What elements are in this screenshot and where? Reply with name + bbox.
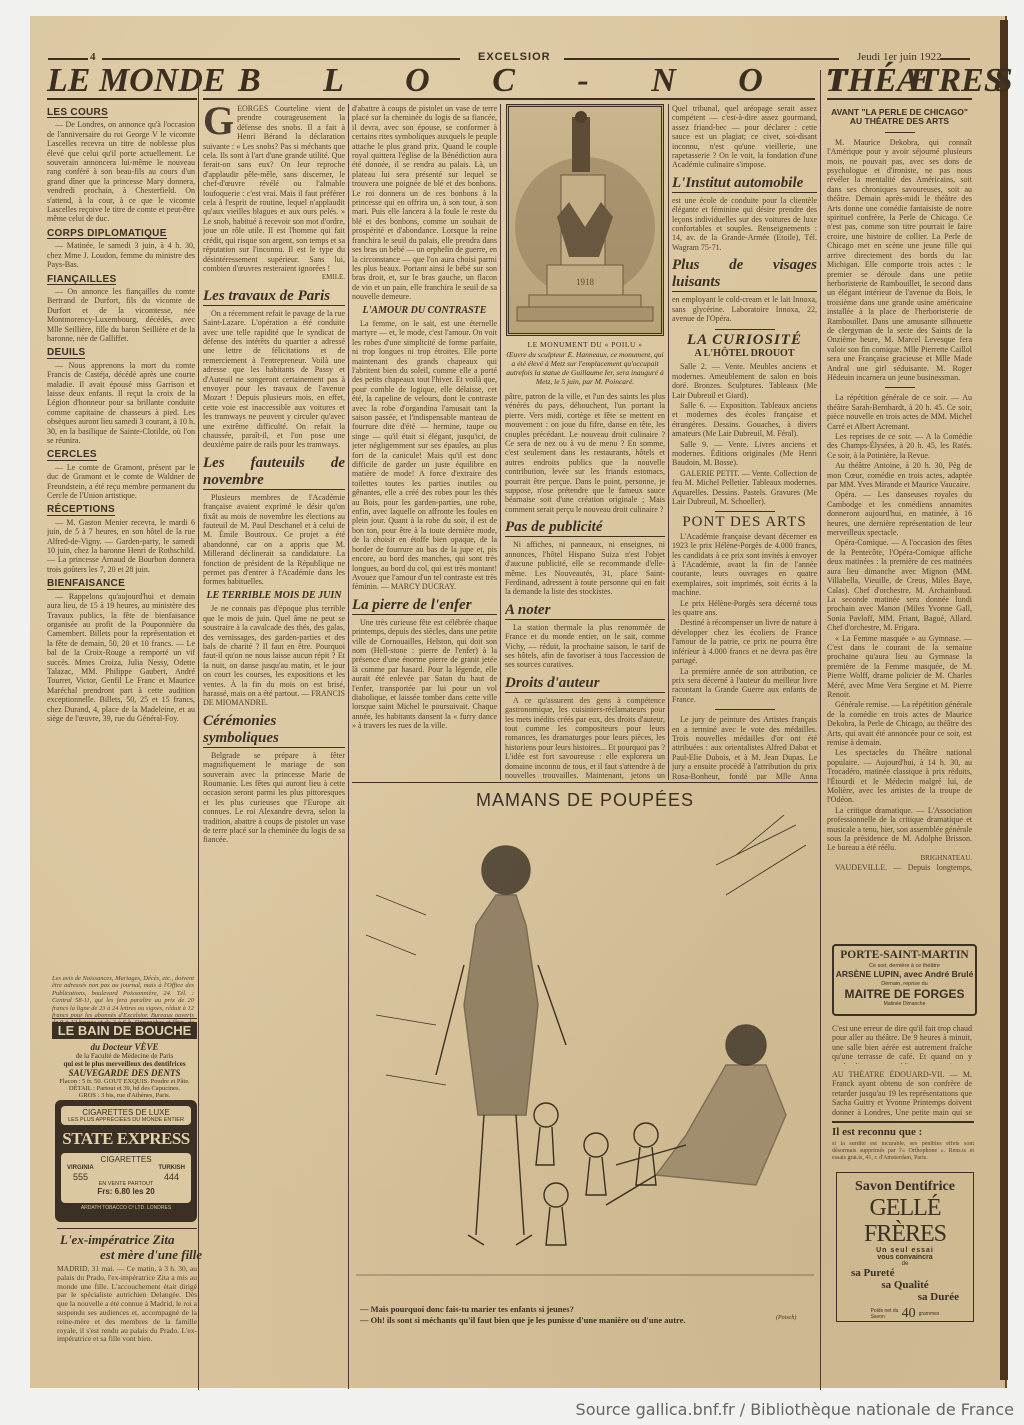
ad-line: Poids net du Savon: [871, 1308, 899, 1320]
edouard-vii-notice: AU THÉATRE ÉDOUARD-VII. — M. Franck ayan…: [832, 1070, 972, 1116]
article-text: — Nous apprenons la mort du comte Franci…: [47, 361, 195, 446]
heading-pont-des-arts: PONT DES ARTS: [672, 518, 817, 527]
ad-state-express: CIGARETTES DE LUXE LES PLUS APPRÉCIÉES D…: [55, 1100, 197, 1222]
notices-info: Les avis de Naissances, Mariages, Décès,…: [52, 975, 194, 1023]
header-rule: [102, 58, 460, 60]
heading-a-noter: A noter: [505, 602, 665, 620]
heading-droits-d-auteur: Droits d'auteur: [505, 675, 665, 693]
heading-fauteuils-novembre: Les fauteuils de novembre: [203, 455, 345, 490]
header-rule: [564, 58, 839, 60]
heading-pas-de-publicite: Pas de publicité: [505, 519, 665, 537]
signature: EMILE.: [203, 273, 345, 282]
athenee-notice: C'est une erreur de dire qu'il fait trop…: [832, 1024, 972, 1064]
heading-ceremonies-symboliques: Cérémonies symboliques: [203, 713, 345, 748]
source-footer: Source gallica.bnf.fr / Bibliothèque nat…: [0, 1400, 1024, 1425]
orthophone-text: si la surdité est incurable, ses pénible…: [832, 1141, 974, 1165]
cartoon-title: MAMANS DE POUPÉES: [352, 790, 818, 811]
zita-title-2: est mère d'une fille: [100, 1247, 202, 1263]
bloc-notes-column-2: d'abattre à coups de pistolet un vase de…: [352, 104, 497, 780]
theatre-item: Les reprises de ce soir. — A la Comédie …: [827, 432, 972, 460]
ad-line: TURKISH: [158, 1165, 185, 1171]
article-text: On a récemment refait le pavage de la ru…: [203, 309, 345, 450]
heading-cercles: CERCLES: [47, 450, 97, 460]
theatre-item: Opéra. — Les danseuses royales du Cambod…: [827, 490, 972, 537]
orthophone-title: Il est reconnu que :: [832, 1126, 922, 1138]
theatre-item: Les spectacles du Théâtre national popul…: [827, 748, 972, 804]
ad-line: vous convaincra: [837, 1254, 973, 1261]
divider: [57, 1228, 197, 1229]
header-rule: [940, 58, 970, 60]
ad-line: SAUVEGARDE DES DENTS: [52, 1068, 197, 1078]
article-text: Plusieurs membres de l'Académie français…: [203, 493, 345, 587]
heading-amour-du-contraste: L'AMOUR DU CONTRASTE: [352, 306, 497, 315]
ad-brand: GELLÉ FRÈRES: [837, 1195, 973, 1247]
column-rule: [668, 104, 669, 780]
column-rule: [348, 104, 349, 1389]
heading-la-curiosite: LA CURIOSITÉ: [672, 336, 817, 345]
ad-bain-de-bouche: LE BAIN DE BOUCHE du Docteur VÈVE de la …: [52, 1022, 197, 1098]
ad-price: Frs: 6.80 les 20: [61, 1187, 191, 1196]
cartoon-caption-line-2: — Oh! ils sont si méchants qu'il faut bi…: [360, 1315, 686, 1325]
ad-line: CIGARETTES DE LUXE: [61, 1108, 191, 1117]
ad-title: LE BAIN DE BOUCHE: [52, 1022, 197, 1039]
article-text: Belgrade se prépare à fêter magnifiqueme…: [203, 751, 345, 845]
ad-line: Un seul essai: [837, 1247, 973, 1254]
ad-gelle-freres: Savon Dentifrice GELLÉ FRÈRES Un seul es…: [836, 1172, 974, 1322]
heading-visages-luisants: Plus de visages luisants: [672, 257, 817, 292]
column-rule: [500, 104, 501, 780]
article-text: — Matinée, le samedi 3 juin, à 4 h. 30, …: [47, 241, 195, 269]
pedestal-date: 1918: [576, 277, 595, 287]
heading-travaux-de-paris: Les travaux de Paris: [203, 288, 345, 306]
ad-brand: STATE EXPRESS: [57, 1129, 195, 1149]
ad-line: de la Faculté de Médecine de Paris: [52, 1052, 197, 1060]
article-text: — Le comte de Gramont, présent par le du…: [47, 463, 195, 501]
ad-line: ARSÈNE LUPIN, avec André Brulé: [834, 969, 975, 979]
article-text: — Rappelons qu'aujourd'hui et demain aur…: [47, 592, 195, 724]
article-text: Je ne connais pas d'époque plus terrible…: [203, 604, 345, 707]
divider: [52, 1018, 197, 1019]
theatre-item: Au théâtre Antoine, à 20 h. 30, Pèg de m…: [827, 461, 972, 489]
heading-bienfaisance: BIENFAISANCE: [47, 579, 125, 589]
heading-les-cours: LES COURS: [47, 108, 108, 118]
ad-weight: 40: [902, 1306, 916, 1322]
article-text: Une très curieuse fête est célébrée chaq…: [352, 618, 497, 731]
drop-cap: G: [203, 104, 234, 138]
ad-line: DÉTAIL : Partout et 39, bd des Capucines…: [52, 1085, 197, 1092]
article-text: Ni affiches, ni panneaux, ni enseignes, …: [505, 540, 665, 596]
heading-institut-automobile: L'Institut automobile: [672, 175, 817, 193]
divider: [715, 511, 775, 512]
theatre-item: VAUDEVILLE. — Depuis longtemps, une œuvr…: [827, 863, 972, 874]
article-text: d'abattre à coups de pistolet un vase de…: [352, 104, 497, 302]
heading-fiancailles: FIANÇAILLES: [47, 275, 116, 285]
signature: BRIGHNATEAU.: [827, 854, 972, 863]
article-text: est une école de conduite pour la client…: [672, 196, 817, 252]
ad-subtitle: du Docteur VÈVE: [52, 1042, 197, 1052]
title-underline: [203, 98, 815, 100]
divider: [715, 709, 775, 710]
ad-porte-saint-martin: PORTE-SAINT-MARTIN Ce soir, dernière à c…: [832, 944, 977, 1016]
article-text: Le prix Hélène-Porgès sera décerné tous …: [672, 599, 817, 618]
sale-item: GALERIE PETIT. — Vente. Collection de fe…: [672, 469, 817, 507]
cartoon-caption-line-1: — Mais pourquoi donc fais-tu marier tes …: [360, 1304, 574, 1314]
ad-line: CIGARETTES: [65, 1155, 187, 1164]
ad-line: Matinée Dimanche: [834, 1001, 975, 1007]
article-text: Le jury de peinture des Artistes françai…: [672, 715, 817, 780]
article-text: Quel tribunal, quel aréopage serait asse…: [672, 104, 817, 170]
bloc-notes-column-1: G EORGES Courteline vient de prendre cou…: [203, 104, 345, 1389]
ad-line: sa Qualité: [837, 1279, 973, 1291]
ad-line: qui est le plus merveilleux des dentifri…: [52, 1060, 197, 1068]
divider: [715, 329, 775, 330]
article-text: A ce qu'assurent des gens à compétence g…: [505, 696, 665, 780]
article-text: en employant le cold-cream et le lait In…: [672, 295, 817, 323]
ad-line: sa Durée: [837, 1291, 973, 1303]
theatre-item: Opéra-Comique. — A l'occasion des fêtes …: [827, 538, 972, 632]
bloc-notes-column-3: pâtre, patron de la ville, et l'un des s…: [505, 392, 665, 780]
page-binding-edge: [1000, 20, 1008, 1380]
zita-title-1: L'ex-impératrice Zita: [60, 1232, 174, 1248]
heading-terrible-mois-de-juin: LE TERRIBLE MOIS DE JUIN: [203, 591, 345, 600]
heading-deuils: DEUILS: [47, 348, 85, 358]
article-text: La station thermale la plus renommée de …: [505, 623, 665, 670]
source-credit: Source gallica.bnf.fr / Bibliothèque nat…: [576, 1400, 1014, 1419]
photo-caption: Œuvre du sculpteur E. Hanneaux, ce monum…: [506, 350, 664, 386]
theatre-item: Générale remise. — La répétition général…: [827, 700, 972, 747]
subheading-hotel-drouot: A L'HÔTEL DROUOT: [672, 349, 817, 358]
ad-line: Flacon : 5 fr. 50. GOUT EXQUIS. Poudre e…: [52, 1078, 197, 1085]
theatre-item: La critique dramatique. — L'Association …: [827, 806, 972, 853]
article-text: M. Maurice Dekobra, qui connaît l'Amériq…: [827, 138, 972, 383]
theatre-item: La répétition générale de ce soir. — Au …: [827, 393, 972, 431]
divider: [832, 1121, 974, 1123]
article-text: Destiné à récompenser un livre de nature…: [672, 618, 817, 665]
article-text: pâtre, patron de la ville, et l'un des s…: [505, 392, 665, 514]
column-rule: [820, 70, 821, 1390]
ad-line: sa Pureté: [837, 1267, 973, 1279]
divider: [885, 387, 915, 388]
sale-item: Salle 9. — Vente. Livres anciens et mode…: [672, 440, 817, 468]
bloc-notes-column-4: Quel tribunal, quel aréopage serait asse…: [672, 104, 817, 780]
monument-photo: 1918: [506, 104, 664, 336]
theatres-column: AVANT "LA PERLE DE CHICAGO" AU THÉATRE D…: [827, 104, 972, 874]
ad-line: LES PLUS APPRÉCIÉES DU MONDE ENTIER: [61, 1117, 191, 1123]
monument-illustration: 1918: [509, 107, 661, 333]
ad-title: PORTE-SAINT-MARTIN: [834, 949, 975, 961]
sale-item: Salle 2. — Vente. Meubles anciens et mod…: [672, 362, 817, 400]
column-rule: [198, 70, 199, 1390]
cartoon-credit: (Poisch): [776, 1315, 796, 1321]
section-title-theatres: THÉATRES: [827, 62, 1003, 100]
header-rule-left: [48, 58, 88, 60]
photo-caption-title: LE MONUMENT DU « POILU »: [506, 340, 664, 349]
title-underline: [827, 98, 972, 100]
ad-line: GROS : 3 bis, rue d'Athènes, Paris.: [52, 1092, 197, 1099]
article-text: — On annonce les fiançailles du comte Be…: [47, 287, 195, 343]
ad-line: Savon Dentifrice: [837, 1179, 973, 1195]
theatre-item: « La Femme masquée » au Gymnase. — C'est…: [827, 634, 972, 700]
article-text: L'Académie française devant décerner en …: [672, 532, 817, 598]
ad-line: MAITRE DE FORGES: [834, 987, 975, 1001]
le-monde-column: LES COURS — De Londres, on annonce qu'à …: [47, 104, 195, 774]
divider: [885, 132, 915, 133]
zita-article: MADRID, 31 mai. — Ce matin, à 3 h. 30, a…: [57, 1265, 197, 1355]
article-text: — De Londres, on annonce qu'à l'occasion…: [47, 120, 195, 223]
article-text: La femme, on le sait, est une éternelle …: [352, 319, 497, 592]
heading-receptions: RÉCEPTIONS: [47, 505, 115, 515]
divider: [352, 782, 818, 783]
sale-item: Salle 6. — Exposition. Tableaux anciens …: [672, 401, 817, 439]
ad-line: grammes: [919, 1311, 940, 1317]
ad-line: ARDATH TOBACCO Cº LTD. LONDRES: [57, 1205, 195, 1211]
heading-pierre-de-l-enfer: La pierre de l'enfer: [352, 597, 497, 615]
article-text: — M. Gaston Menier recevra, le mardi 6 j…: [47, 518, 195, 574]
heading-perle-de-chicago: AVANT "LA PERLE DE CHICAGO" AU THÉATRE D…: [827, 108, 972, 127]
cartoon-drawing: [356, 815, 814, 1295]
title-underline: [47, 98, 197, 100]
ad-line: VIRGINIA: [67, 1165, 94, 1171]
article-text: La première année de son attribution, ce…: [672, 667, 817, 705]
heading-corps-diplomatique: CORPS DIPLOMATIQUE: [47, 229, 167, 239]
